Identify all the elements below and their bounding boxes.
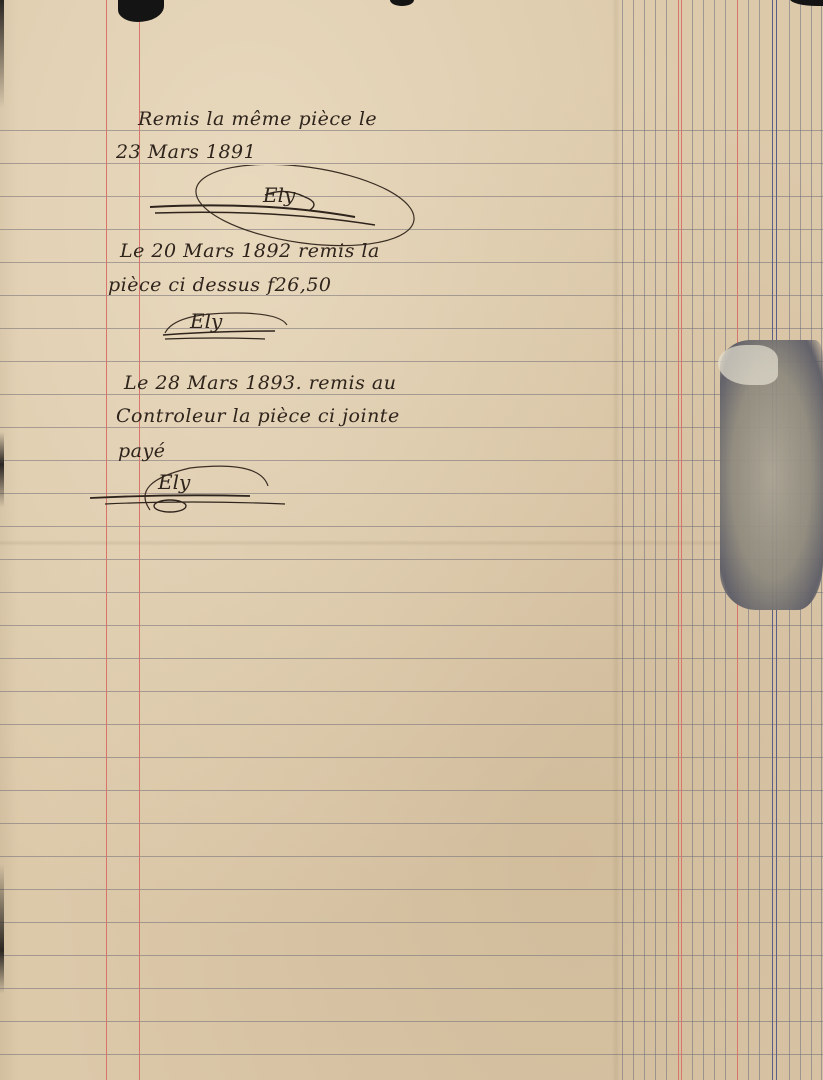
rule-line bbox=[0, 559, 823, 560]
rule-line bbox=[0, 658, 823, 659]
paper-edge bbox=[0, 0, 4, 1080]
rule-line bbox=[0, 394, 823, 395]
rule-line bbox=[0, 1021, 823, 1022]
rule-line bbox=[0, 955, 823, 956]
ledger-page: Remis la même pièce le 23 Mars 1891 Ely … bbox=[0, 0, 823, 1080]
rule-line bbox=[0, 922, 823, 923]
tear-top-left bbox=[118, 0, 164, 22]
signature-3: Ely bbox=[90, 462, 300, 520]
rule-line bbox=[0, 262, 823, 263]
entry-3-line-2: Controleur la pièce ci jointe bbox=[116, 405, 400, 427]
rule-line bbox=[0, 163, 823, 164]
entry-1-line-2: 23 Mars 1891 bbox=[116, 141, 256, 163]
rule-line bbox=[0, 328, 823, 329]
tear-top-right bbox=[790, 0, 823, 6]
rule-line bbox=[0, 427, 823, 428]
rule-line bbox=[0, 1054, 823, 1055]
signature-3-text: Ely bbox=[158, 470, 190, 494]
entry-3-line-1: Le 28 Mars 1893. remis au bbox=[124, 372, 396, 394]
rule-line bbox=[0, 526, 823, 527]
paper-fold bbox=[0, 540, 823, 546]
rule-line bbox=[0, 724, 823, 725]
signature-flourish-icon bbox=[90, 462, 300, 520]
signature-2: Ely bbox=[155, 305, 305, 345]
rule-line bbox=[0, 592, 823, 593]
rule-line bbox=[0, 757, 823, 758]
rule-line bbox=[0, 130, 823, 131]
signature-1-text: Ely bbox=[263, 183, 295, 207]
entry-2-line-2: pièce ci dessus f26,50 bbox=[108, 274, 332, 296]
entry-1-line-1: Remis la même pièce le bbox=[138, 108, 377, 130]
rule-line bbox=[0, 856, 823, 857]
rule-line bbox=[0, 625, 823, 626]
rule-line bbox=[0, 889, 823, 890]
entry-3-line-3: payé bbox=[118, 440, 165, 462]
rule-line bbox=[0, 691, 823, 692]
signature-2-text: Ely bbox=[190, 309, 222, 333]
paper-fold bbox=[612, 0, 620, 1080]
rule-line bbox=[0, 823, 823, 824]
rule-line bbox=[0, 790, 823, 791]
rule-line bbox=[0, 988, 823, 989]
tear-top bbox=[390, 0, 414, 6]
entry-2-line-1: Le 20 Mars 1892 remis la bbox=[120, 240, 380, 262]
rule-line bbox=[0, 361, 823, 362]
signature-flourish-icon bbox=[155, 305, 305, 345]
